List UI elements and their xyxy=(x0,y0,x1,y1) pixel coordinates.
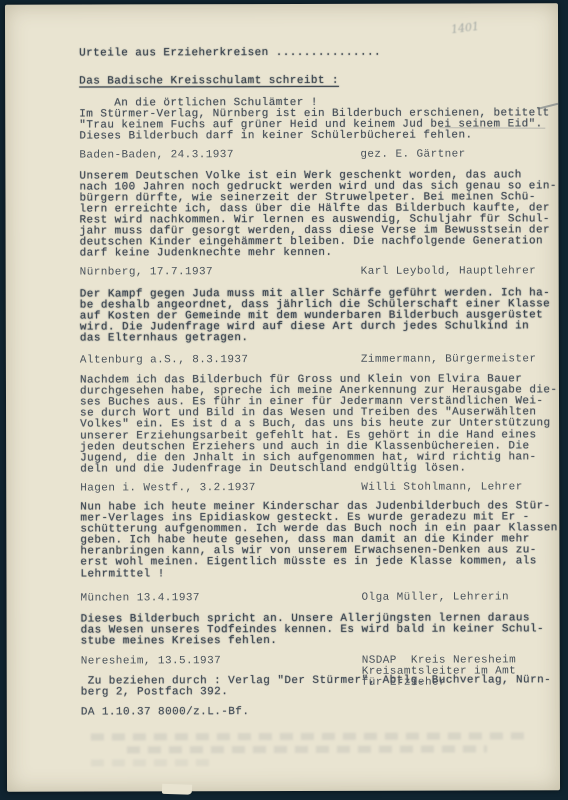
place-date: Hagen i. Westf., 3.2.1937 xyxy=(80,482,256,494)
testimonials-list: An die örtlichen Schulämter !Im Stürmer-… xyxy=(79,97,562,667)
signature-row: Neresheim, 13.5.1937NSDAP Kreis Nereshei… xyxy=(81,655,563,667)
testimonial-block: Nachdem ich das Bilderbuch für Gross und… xyxy=(80,374,562,494)
text-line: Dieses Bilderbuch darf in keiner Schüler… xyxy=(79,131,561,143)
place-date: Baden-Baden, 24.3.1937 xyxy=(79,149,233,161)
scanned-paper: 1401 Urteile aus Erzieherkreisen .......… xyxy=(5,3,560,791)
text-line: das Elternhaus getragen. xyxy=(80,332,562,344)
ink-bleedthrough xyxy=(91,759,211,766)
place-date: München 13.4.1937 xyxy=(81,592,200,604)
signature: Olga Müller, Lehrerin xyxy=(362,592,509,603)
print-code: DA 1.10.37 8000/z.L.-Bf. xyxy=(81,707,563,719)
signature-line: Olga Müller, Lehrerin xyxy=(362,592,509,603)
signature-row: München 13.4.1937Olga Müller, Lehrerin xyxy=(81,592,563,604)
testimonial-block: Der Kampf gegen Juda muss mit aller Schä… xyxy=(80,288,562,367)
testimonial-block: An die örtlichen Schulämter !Im Stürmer-… xyxy=(79,97,561,161)
text-line: darf keine Judenknechte mehr kennen. xyxy=(80,248,562,260)
signature-row: Altenburg a.S., 8.3.1937Zimmermann, Bürg… xyxy=(80,354,562,366)
testimonial-block: Unserem Deutschen Volke ist ein Werk ges… xyxy=(79,170,561,279)
signature: Zimmermann, Bürgermeister xyxy=(361,354,537,366)
document-body: Urteile aus Erzieherkreisen ............… xyxy=(79,3,563,719)
signature-row: Baden-Baden, 24.3.1937gez. E. Gärtner xyxy=(79,149,561,161)
text-line: stube meines Kreises fehlen. xyxy=(81,635,563,647)
signature-line: für Erzieher xyxy=(362,678,516,689)
signature: Willi Stohlmann, Lehrer xyxy=(361,482,523,494)
testimonial-block: Dieses Bilderbuch spricht an. Unsere All… xyxy=(81,613,563,668)
signature: NSDAP Kreis NeresheimKreisamtsleiter im … xyxy=(362,655,517,689)
text-line: deln und die Judenfrage in Deutschland e… xyxy=(80,463,562,475)
signature: Karl Leybold, Hauptlehrer xyxy=(361,267,537,279)
ink-bleedthrough xyxy=(91,732,529,740)
paper-edge-chip xyxy=(162,784,192,795)
signature-line: Zimmermann, Bürgermeister xyxy=(361,354,537,366)
signature-row: Hagen i. Westf., 3.2.1937Willi Stohlmann… xyxy=(80,482,562,494)
place-date: Neresheim, 13.5.1937 xyxy=(81,655,221,667)
signature-row: Nürnberg, 17.7.1937Karl Leybold, Hauptle… xyxy=(80,267,562,279)
text-line: erst wohl meinen. Eigentlich müsste es i… xyxy=(80,557,562,569)
document-title: Urteile aus Erzieherkreisen ............… xyxy=(79,47,561,59)
ink-bleedthrough xyxy=(127,745,487,753)
text-line: Lehrmittel ! xyxy=(80,568,562,580)
signature: gez. E. Gärtner xyxy=(360,149,465,160)
signature-line: gez. E. Gärtner xyxy=(360,149,465,160)
signature-line: Karl Leybold, Hauptlehrer xyxy=(361,267,537,279)
signature-line: Willi Stohlmann, Lehrer xyxy=(361,482,523,494)
place-date: Nürnberg, 17.7.1937 xyxy=(80,267,213,279)
place-date: Altenburg a.S., 8.3.1937 xyxy=(80,354,249,366)
testimonial-block: Nun habe ich heute meiner Kinderschar da… xyxy=(80,501,562,604)
section-heading: Das Badische Kreisschulamt schreibt : xyxy=(79,75,561,87)
